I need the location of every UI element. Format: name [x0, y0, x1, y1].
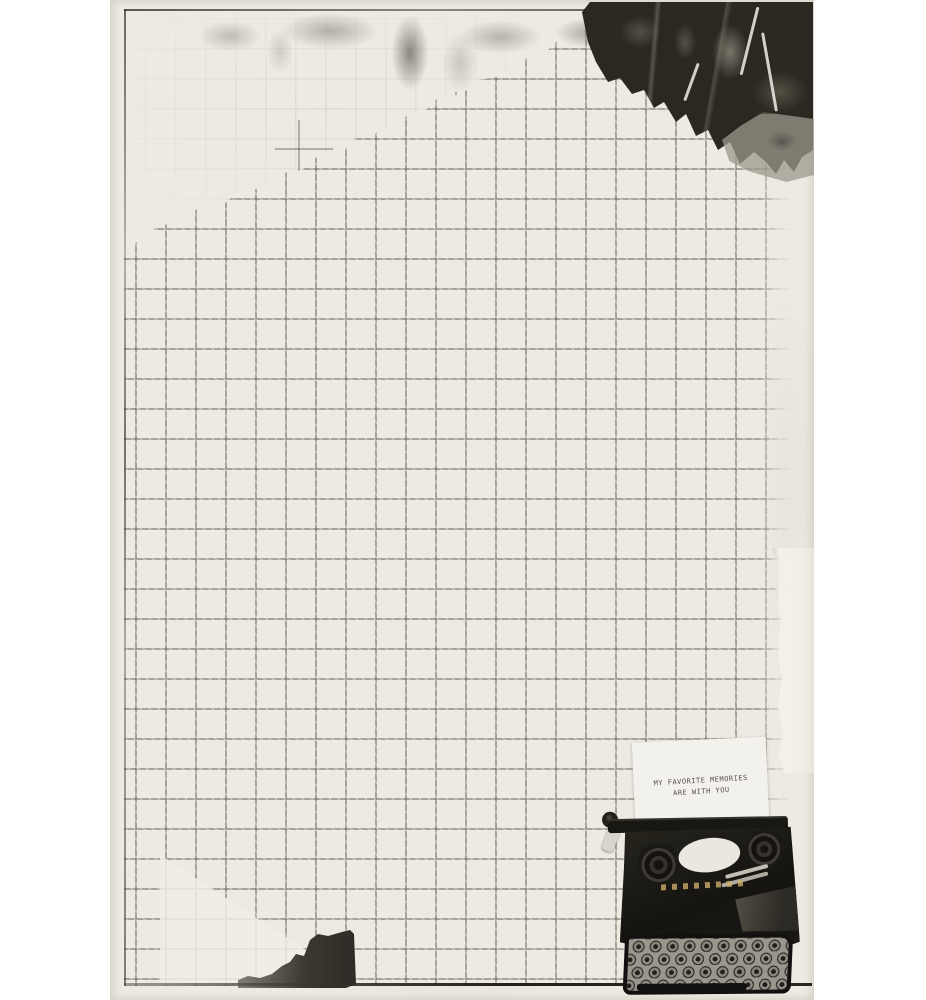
page-background: MY FAVORITE MEMORIES ARE WITH YOU [0, 0, 926, 1000]
type-guide [677, 834, 743, 875]
torn-crack [683, 63, 699, 102]
pencil-mark [298, 120, 300, 175]
ribbon-spool-right [744, 829, 785, 870]
typed-note: MY FAVORITE MEMORIES ARE WITH YOU [631, 736, 768, 802]
artwork-panel: MY FAVORITE MEMORIES ARE WITH YOU [110, 0, 814, 1000]
frame-line-left [124, 9, 126, 986]
typewriter: MY FAVORITE MEMORIES ARE WITH YOU [596, 734, 814, 1000]
space-bar [637, 983, 747, 991]
torn-crack [740, 7, 760, 76]
pencil-mark [275, 148, 333, 150]
torn-crack [761, 32, 777, 111]
body-wedge [735, 884, 804, 931]
ribbon-spool-left [636, 843, 681, 888]
brand-lettering [661, 880, 747, 890]
